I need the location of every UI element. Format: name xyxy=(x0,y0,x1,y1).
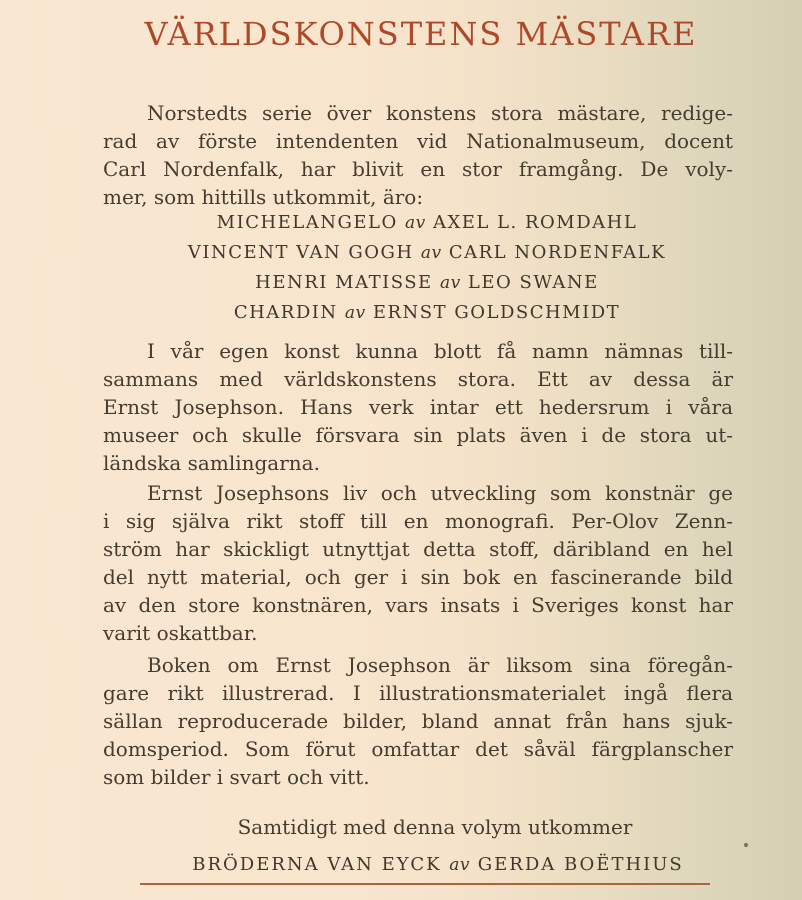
list-item: CHARDIN av ERNST GOLDSCHMIDT xyxy=(121,298,733,328)
paragraph-josephson-life: Ernst Josephsons liv och utveckling som … xyxy=(103,479,733,647)
volume-author: ERNST GOLDSCHMIDT xyxy=(373,302,620,323)
paper-speck xyxy=(744,843,748,847)
text-line: Ernst Josephson. Hans verk intar ett hed… xyxy=(103,393,733,421)
text-line: domsperiod. Som förut omfattar det såväl… xyxy=(103,735,733,763)
list-item: VINCENT VAN GOGH av CARL NORDENFALK xyxy=(121,238,733,268)
text-line: I vår egen konst kunna blott få namn näm… xyxy=(103,337,733,365)
volume-connector: av xyxy=(345,303,366,323)
volume-author: GERDA BOËTHIUS xyxy=(478,854,684,875)
text-line: mer, som hittills utkommit, äro: xyxy=(103,183,733,211)
text-line: sällan reproducerade bilder, bland annat… xyxy=(103,707,733,735)
text-line: Norstedts serie över konstens stora mäst… xyxy=(103,99,733,127)
forthcoming-volume: BRÖDERNA VAN EYCK av GERDA BOËTHIUS xyxy=(103,850,733,880)
volume-title: MICHELANGELO xyxy=(217,212,398,233)
volume-title: HENRI MATISSE xyxy=(255,272,433,293)
text-line: av den store konstnären, vars insats i S… xyxy=(103,591,733,619)
book-page-scan: VÄRLDSKONSTENS MÄSTARE Norstedts serie ö… xyxy=(0,0,802,900)
text-line: Ernst Josephsons liv och utveckling som … xyxy=(103,479,733,507)
text-line: gare rikt illustrerad. I illustrationsma… xyxy=(103,679,733,707)
paragraph-illustrations: Boken om Ernst Josephson är liksom sina … xyxy=(103,651,733,791)
text-line: Boken om Ernst Josephson är liksom sina … xyxy=(103,651,733,679)
volume-connector: av xyxy=(440,273,461,293)
list-item: MICHELANGELO av AXEL L. ROMDAHL xyxy=(121,208,733,238)
text-line: museer och skulle försvara sin plats äve… xyxy=(103,421,733,449)
volume-title: VINCENT VAN GOGH xyxy=(188,242,414,263)
volume-connector: av xyxy=(405,213,426,233)
bottom-rule xyxy=(140,883,710,885)
volume-title: BRÖDERNA VAN EYCK xyxy=(192,854,441,875)
text-line: Carl Nordenfalk, har blivit en stor fram… xyxy=(103,155,733,183)
paragraph-swedish-art: I vår egen konst kunna blott få namn näm… xyxy=(103,337,733,477)
text-line: sammans med världskonstens stora. Ett av… xyxy=(103,365,733,393)
text-line: i sig själva rikt stoff till en monograf… xyxy=(103,507,733,535)
text-line: varit oskattbar. xyxy=(103,619,733,647)
list-item: HENRI MATISSE av LEO SWANE xyxy=(121,268,733,298)
text-line: som bilder i svart och vitt. xyxy=(103,763,733,791)
text-line: ström har skickligt utnyttjat detta stof… xyxy=(103,535,733,563)
paragraph-intro: Norstedts serie över konstens stora mäst… xyxy=(103,99,733,211)
published-volumes-list: MICHELANGELO av AXEL L. ROMDAHL VINCENT … xyxy=(103,208,733,328)
volume-author: CARL NORDENFALK xyxy=(449,242,666,263)
closing-line: Samtidigt med denna volym utkommer xyxy=(103,813,733,841)
page-content: VÄRLDSKONSTENS MÄSTARE Norstedts serie ö… xyxy=(103,0,733,880)
text-line: rad av förste intendenten vid Nationalmu… xyxy=(103,127,733,155)
page-title: VÄRLDSKONSTENS MÄSTARE xyxy=(109,14,733,54)
volume-author: LEO SWANE xyxy=(468,272,599,293)
volume-connector: av xyxy=(449,855,470,875)
volume-author: AXEL L. ROMDAHL xyxy=(433,212,637,233)
text-line: ländska samlingarna. xyxy=(103,449,733,477)
volume-title: CHARDIN xyxy=(234,302,338,323)
volume-connector: av xyxy=(421,243,442,263)
text-line: del nytt material, och ger i sin bok en … xyxy=(103,563,733,591)
